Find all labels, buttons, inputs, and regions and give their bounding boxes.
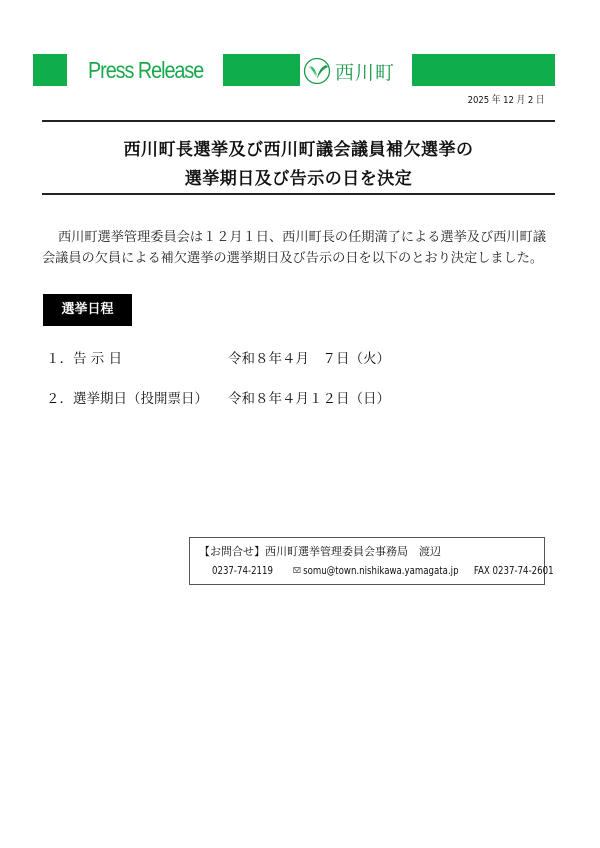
body-paragraph: 西川町選挙管理委員会は１２月１日、西川町長の任期満了による選挙及び西川町議 会議… [42, 227, 562, 269]
title-line-1: 西川町長選挙及び西川町議会議員補欠選挙の [42, 135, 555, 160]
contact-box: 【お問合せ】西川町選挙管理委員会事務局 渡辺 0237-74-2119 somu… [189, 537, 545, 585]
schedule-label: 選挙日程 [43, 294, 132, 326]
release-date: 2025 年 12 月 2 日 [467, 91, 544, 106]
mail-icon [293, 567, 300, 573]
schedule-item-2-value: 令和８年４月１２日（日） [228, 387, 390, 407]
body-line-1: 西川町選挙管理委員会は１２月１日、西川町長の任期満了による選挙及び西川町議 [42, 227, 562, 248]
header-green-block-right [412, 54, 555, 86]
press-release-label: Press Release [88, 54, 203, 86]
contact-phone: 0237-74-2119 [212, 565, 273, 577]
town-emblem-icon [303, 57, 331, 85]
title-rule-bottom [42, 193, 555, 195]
town-name: 西川町 [335, 58, 395, 85]
town-logo: 西川町 [303, 55, 395, 87]
schedule-item-2-name: ２．選挙期日（投開票日） [46, 387, 208, 407]
title-line-2: 選挙期日及び告示の日を決定 [42, 164, 555, 189]
body-line-2: 会議員の欠員による補欠選挙の選挙期日及び告示の日を以下のとおり決定しました。 [42, 248, 562, 269]
schedule-item-1-value: 令和８年４月 ７日（火） [228, 347, 390, 367]
header-green-block-left [33, 54, 67, 86]
schedule-item-1-name: １．告 示 日 [46, 347, 122, 367]
header-green-block-center [223, 54, 300, 86]
title-rule-top [42, 120, 555, 122]
contact-email[interactable]: somu@town.nishikawa.yamagata.jp [303, 565, 458, 577]
contact-details: 0237-74-2119 somu@town.nishikawa.yamagat… [212, 565, 554, 577]
contact-fax: FAX 0237-74-2601 [474, 565, 554, 577]
contact-heading: 【お問合せ】西川町選挙管理委員会事務局 渡辺 [199, 543, 441, 559]
